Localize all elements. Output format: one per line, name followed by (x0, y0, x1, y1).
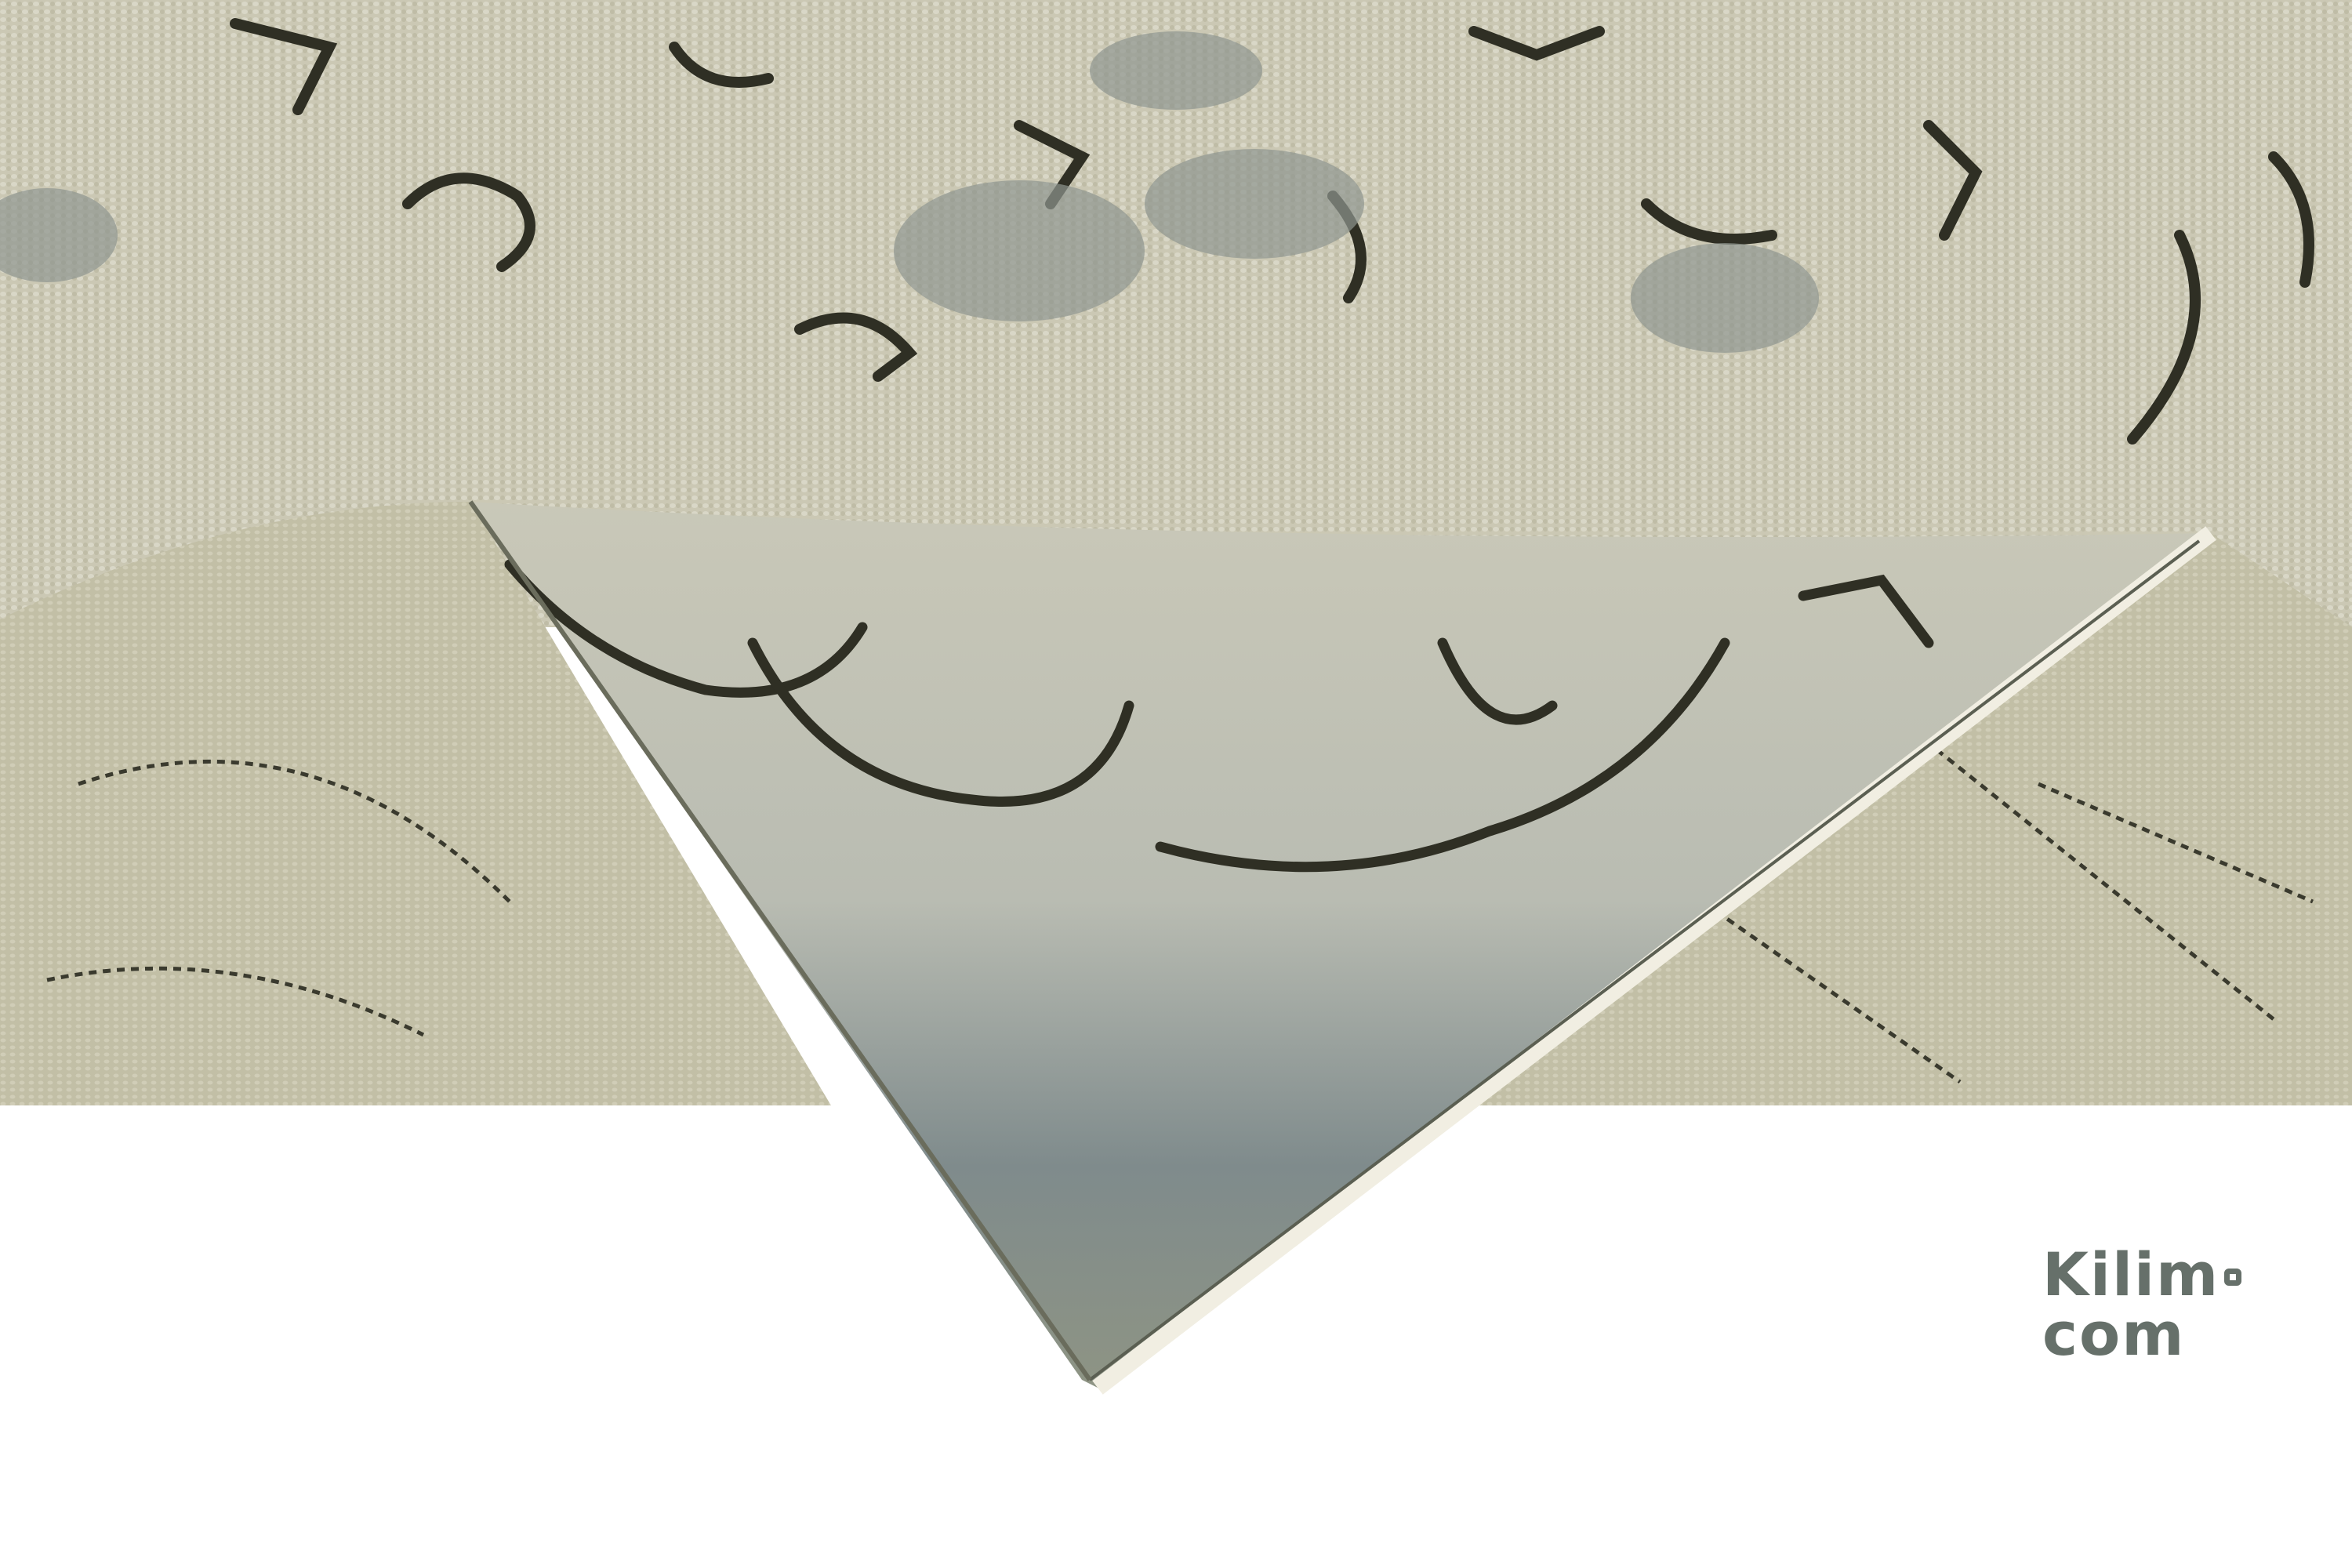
watermark-dot-icon (2224, 1269, 2241, 1286)
kilim-watermark: Kilimcom (2042, 1245, 2352, 1364)
rug-photo (0, 0, 2352, 1568)
watermark-text-right: com (2042, 1299, 2185, 1369)
